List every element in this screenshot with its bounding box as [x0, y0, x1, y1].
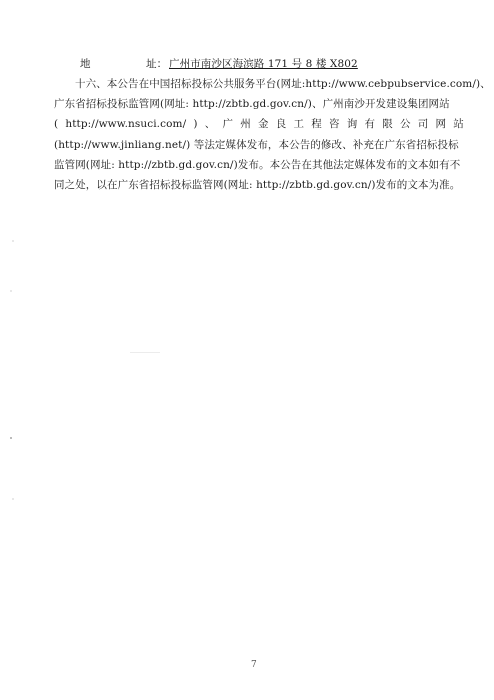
- address-label-right: 址：: [146, 57, 167, 71]
- paragraph-line-4: (http://www.jinliang.net/) 等法定媒体发布，本公告的修…: [54, 138, 464, 152]
- text-fragment: 良: [276, 117, 287, 131]
- text-fragment: 网: [435, 117, 446, 131]
- page-number: 7: [251, 660, 257, 670]
- text-fragment: 咨: [329, 117, 340, 131]
- paragraph-line-6: 同之处，以在广东省招标投标监管网(网址: http://zbtb.gd.gov.…: [54, 178, 464, 192]
- url-nsuci: http://www.nsuci.com/: [65, 117, 186, 131]
- paragraph-line-1: 十六、本公告在中国招标投标公共服务平台(网址:http://www.cebpub…: [75, 77, 464, 91]
- paragraph-line-2: 广东省招标投标监管网(网址: http://zbtb.gd.gov.cn/)、广…: [54, 97, 464, 111]
- text-fragment: 司: [418, 117, 429, 131]
- scan-speck: [10, 290, 12, 292]
- text-fragment: ): [193, 117, 197, 131]
- text-fragment: 程: [311, 117, 322, 131]
- text-fragment: 有: [364, 117, 375, 131]
- text-fragment: 工: [293, 117, 304, 131]
- address-label-left: 地: [80, 57, 91, 71]
- text-fragment: 州: [240, 117, 251, 131]
- address-value: 广州市南沙区海滨路 171 号 8 楼 X802: [169, 57, 358, 71]
- text-fragment: (: [54, 117, 58, 131]
- paragraph-line-5: 监管网(网址: http://zbtb.gd.gov.cn/)发布。本公告在其他…: [54, 158, 464, 172]
- text-fragment: 限: [382, 117, 393, 131]
- text-fragment: 广: [222, 117, 233, 131]
- text-fragment: 询: [347, 117, 358, 131]
- document-page: 地 址： 广州市南沙区海滨路 171 号 8 楼 X802 十六、本公告在中国招…: [0, 0, 494, 700]
- text-fragment: 、: [205, 117, 216, 131]
- scan-speck: [10, 437, 12, 439]
- text-fragment: 站: [453, 117, 464, 131]
- scan-speck: [12, 240, 14, 242]
- text-fragment: 公: [400, 117, 411, 131]
- scan-smudge: [130, 352, 160, 353]
- paragraph-line-3: ( http://www.nsuci.com/ ) 、 广 州 金 良 工 程 …: [54, 117, 464, 131]
- scan-speck: [12, 498, 14, 500]
- text-fragment: 金: [258, 117, 269, 131]
